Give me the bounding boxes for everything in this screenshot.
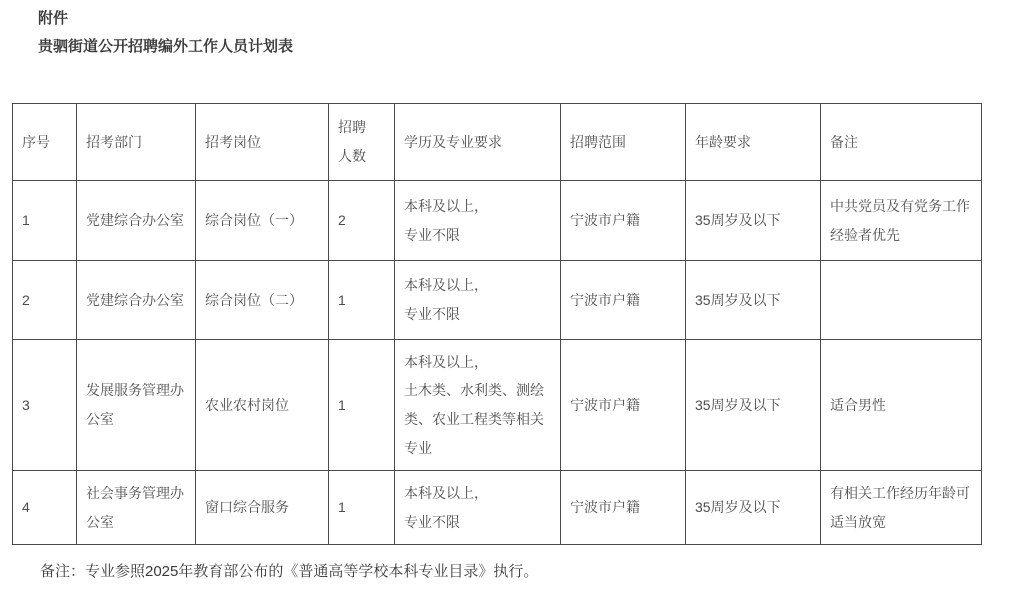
col-header-seq: 序号 bbox=[13, 104, 77, 181]
cell-scope: 宁波市户籍 bbox=[561, 261, 686, 340]
cell-department: 党建综合办公室 bbox=[77, 261, 196, 340]
cell-age: 35周岁及以下 bbox=[686, 181, 821, 261]
cell-remark: 有相关工作经历年龄可适当放宽 bbox=[821, 471, 982, 545]
cell-seq: 1 bbox=[13, 181, 77, 261]
page-title: 贵驷街道公开招聘编外工作人员计划表 bbox=[38, 35, 293, 56]
col-header-remark: 备注 bbox=[821, 104, 982, 181]
cell-position: 综合岗位（二） bbox=[196, 261, 329, 340]
footnote: 备注：专业参照2025年教育部公布的《普通高等学校本科专业目录》执行。 bbox=[40, 560, 538, 581]
cell-position: 农业农村岗位 bbox=[196, 340, 329, 471]
cell-headcount: 2 bbox=[329, 181, 395, 261]
col-header-education: 学历及专业要求 bbox=[395, 104, 561, 181]
table-row: 1 党建综合办公室 综合岗位（一） 2 本科及以上， 专业不限 宁波市户籍 35… bbox=[13, 181, 982, 261]
cell-position: 窗口综合服务 bbox=[196, 471, 329, 545]
recruitment-plan-table: 序号 招考部门 招考岗位 招聘 人数 学历及专业要求 招聘范围 年龄要求 备注 … bbox=[12, 103, 982, 545]
table-row: 2 党建综合办公室 综合岗位（二） 1 本科及以上， 专业不限 宁波市户籍 35… bbox=[13, 261, 982, 340]
cell-seq: 3 bbox=[13, 340, 77, 471]
cell-department: 发展服务管理办公室 bbox=[77, 340, 196, 471]
cell-scope: 宁波市户籍 bbox=[561, 181, 686, 261]
cell-department: 社会事务管理办公室 bbox=[77, 471, 196, 545]
cell-headcount: 1 bbox=[329, 340, 395, 471]
cell-headcount: 1 bbox=[329, 261, 395, 340]
cell-remark: 适合男性 bbox=[821, 340, 982, 471]
cell-scope: 宁波市户籍 bbox=[561, 340, 686, 471]
col-header-department: 招考部门 bbox=[77, 104, 196, 181]
cell-position: 综合岗位（一） bbox=[196, 181, 329, 261]
cell-education: 本科及以上， 专业不限 bbox=[395, 181, 561, 261]
cell-seq: 4 bbox=[13, 471, 77, 545]
cell-age: 35周岁及以下 bbox=[686, 471, 821, 545]
cell-age: 35周岁及以下 bbox=[686, 340, 821, 471]
table-row: 4 社会事务管理办公室 窗口综合服务 1 本科及以上， 专业不限 宁波市户籍 3… bbox=[13, 471, 982, 545]
cell-age: 35周岁及以下 bbox=[686, 261, 821, 340]
cell-education: 本科及以上， 专业不限 bbox=[395, 261, 561, 340]
attachment-label: 附件 bbox=[38, 7, 68, 28]
col-header-age: 年龄要求 bbox=[686, 104, 821, 181]
cell-education: 本科及以上， 土木类、水利类、测绘类、农业工程类等相关专业 bbox=[395, 340, 561, 471]
cell-remark: 中共党员及有党务工作经验者优先 bbox=[821, 181, 982, 261]
document-page: 附件 贵驷街道公开招聘编外工作人员计划表 序号 招考部门 招考岗位 招聘 人数 … bbox=[0, 0, 1027, 610]
col-header-scope: 招聘范围 bbox=[561, 104, 686, 181]
cell-remark bbox=[821, 261, 982, 340]
table-header-row: 序号 招考部门 招考岗位 招聘 人数 学历及专业要求 招聘范围 年龄要求 备注 bbox=[13, 104, 982, 181]
cell-department: 党建综合办公室 bbox=[77, 181, 196, 261]
col-header-headcount: 招聘 人数 bbox=[329, 104, 395, 181]
cell-headcount: 1 bbox=[329, 471, 395, 545]
cell-education: 本科及以上， 专业不限 bbox=[395, 471, 561, 545]
table-row: 3 发展服务管理办公室 农业农村岗位 1 本科及以上， 土木类、水利类、测绘类、… bbox=[13, 340, 982, 471]
col-header-position: 招考岗位 bbox=[196, 104, 329, 181]
cell-seq: 2 bbox=[13, 261, 77, 340]
cell-scope: 宁波市户籍 bbox=[561, 471, 686, 545]
